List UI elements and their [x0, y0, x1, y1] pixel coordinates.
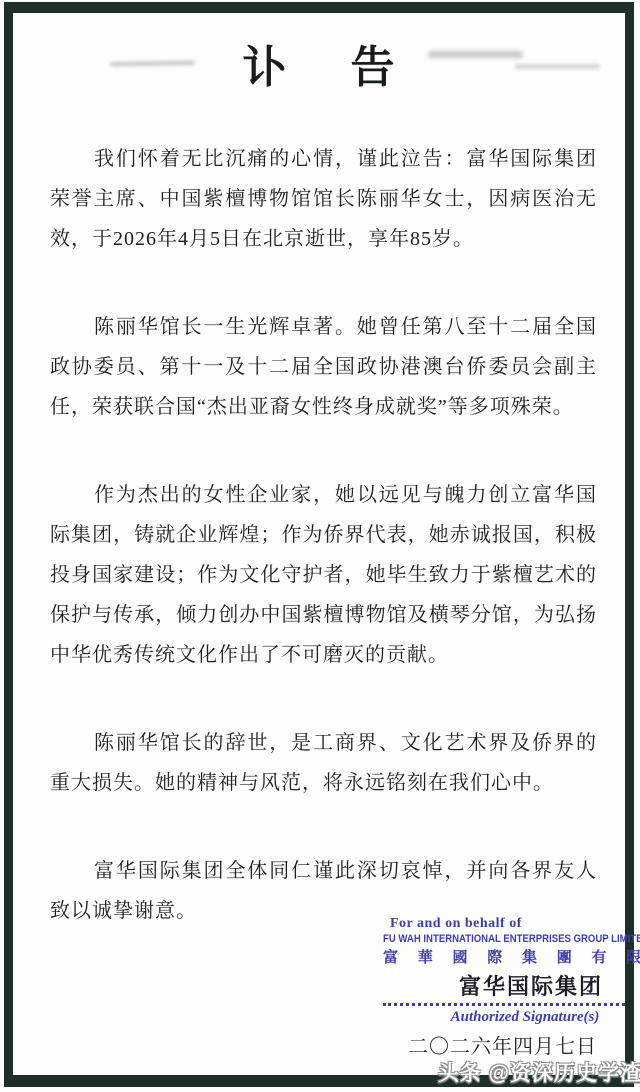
paragraph-loss: 陈丽华馆长的辞世，是工商界、文化艺术界及侨界的重大损失。她的精神与风范，将永远铭… [50, 723, 597, 803]
paragraph-contributions: 作为杰出的女性企业家，她以远见与魄力创立富华国际集团，铸就企业辉煌；作为侨界代表… [50, 475, 597, 675]
paragraph-announcement: 我们怀着无比沉痛的心情，谨此泣告：富华国际集团荣誉主席、中国紫檀博物馆馆长陈丽华… [50, 139, 597, 259]
toutiao-watermark: 头条 @资深历史学渣 [438, 1057, 640, 1087]
obituary-document-page: 讣 告 我们怀着无比沉痛的心情，谨此泣告：富华国际集团荣誉主席、中国紫檀博物馆馆… [0, 0, 640, 1092]
page-title: 讣 告 [50, 43, 597, 93]
stamp-company-name-english: FU WAH INTERNATIONAL ENTERPRISES GROUP L… [383, 933, 594, 946]
company-seal-signature-text: 富华国际集团 [383, 973, 625, 1000]
signature-dotted-line [383, 1003, 625, 1006]
company-stamp: For and on behalf of FU WAH INTERNATIONA… [383, 916, 625, 1026]
stamp-behalf-line: For and on behalf of [390, 916, 625, 932]
body-text: 我们怀着无比沉痛的心情，谨此泣告：富华国际集团荣誉主席、中国紫檀博物馆馆长陈丽华… [50, 139, 597, 931]
authorized-signature-label: Authorized Signature(s) [383, 1008, 625, 1026]
paragraph-achievements: 陈丽华馆长一生光辉卓著。她曾任第八至十二届全国政协委员、第十一及十二届全国政协港… [50, 307, 597, 427]
document-content: 讣 告 我们怀着无比沉痛的心情，谨此泣告：富华国际集团荣誉主席、中国紫檀博物馆馆… [50, 13, 597, 931]
stamp-company-name-traditional-chinese: 富 華 國 際 集 團 有 限 公 司 [383, 949, 625, 968]
document-date: 二〇二六年四月七日 [408, 1030, 597, 1059]
